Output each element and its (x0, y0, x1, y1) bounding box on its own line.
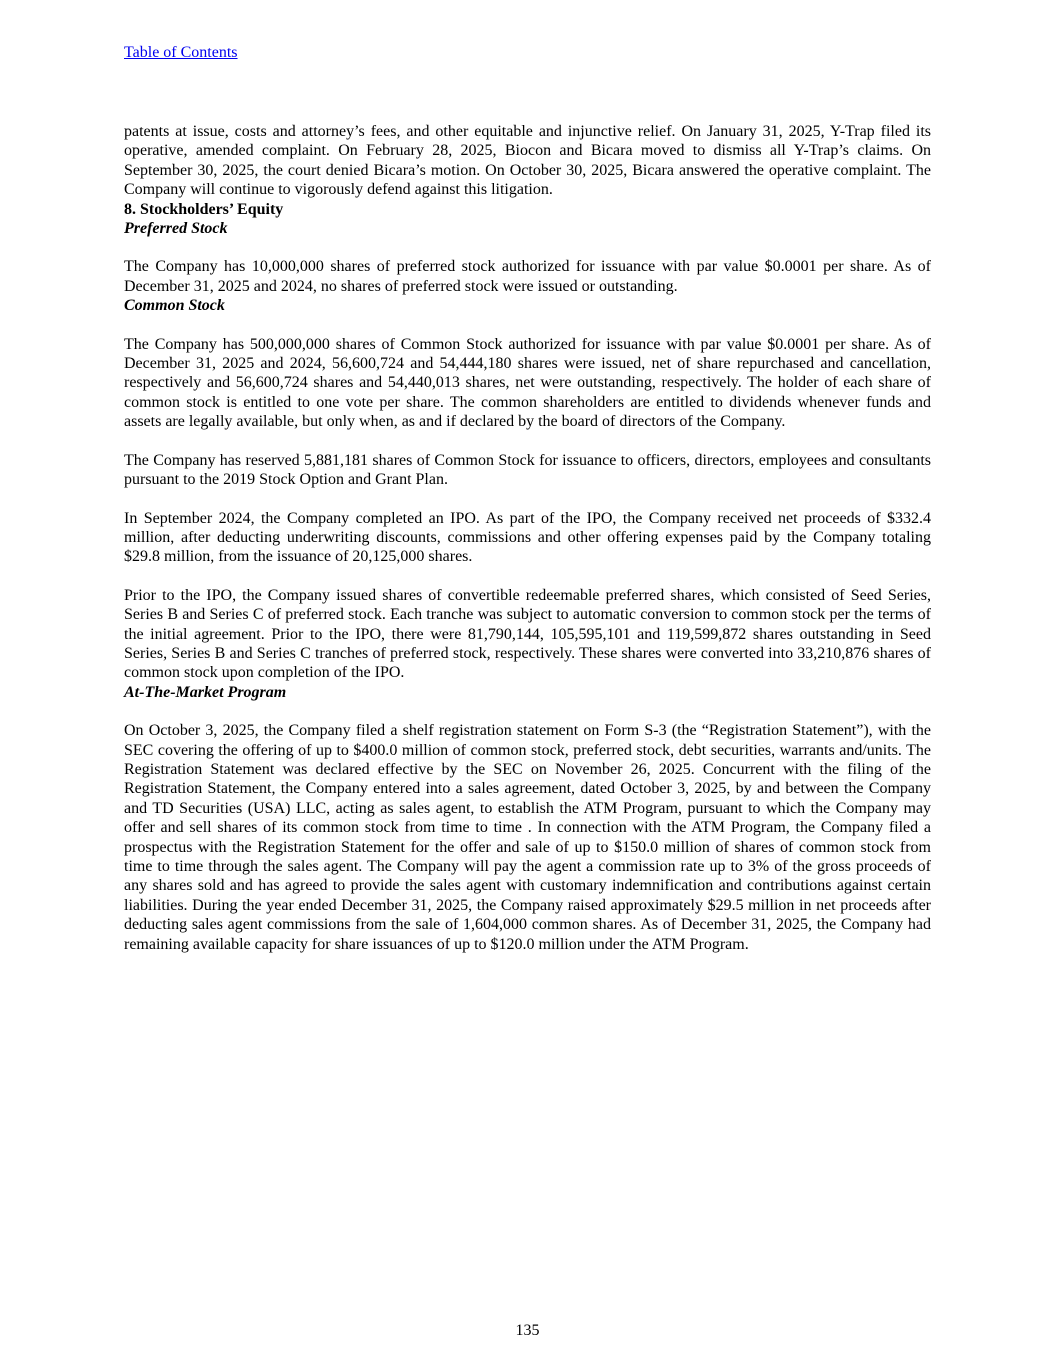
common-stock-heading: Common Stock (124, 296, 931, 315)
atm-program-paragraph: On October 3, 2025, the Company filed a … (124, 721, 931, 954)
preferred-stock-paragraph: The Company has 10,000,000 shares of pre… (124, 257, 931, 296)
document-body: patents at issue, costs and attorney’s f… (124, 122, 931, 954)
ipo-paragraph: In September 2024, the Company completed… (124, 509, 931, 567)
section-title: 8. Stockholders’ Equity (124, 200, 931, 219)
preferred-conversion-paragraph: Prior to the IPO, the Company issued sha… (124, 586, 931, 683)
preferred-stock-heading: Preferred Stock (124, 219, 931, 238)
table-of-contents-link[interactable]: Table of Contents (124, 44, 238, 62)
litigation-paragraph: patents at issue, costs and attorney’s f… (124, 122, 931, 200)
page-number: 135 (0, 1322, 1055, 1340)
atm-program-heading: At-The-Market Program (124, 683, 931, 702)
common-stock-reserved-paragraph: The Company has reserved 5,881,181 share… (124, 451, 931, 490)
common-stock-authorized-paragraph: The Company has 500,000,000 shares of Co… (124, 335, 931, 432)
